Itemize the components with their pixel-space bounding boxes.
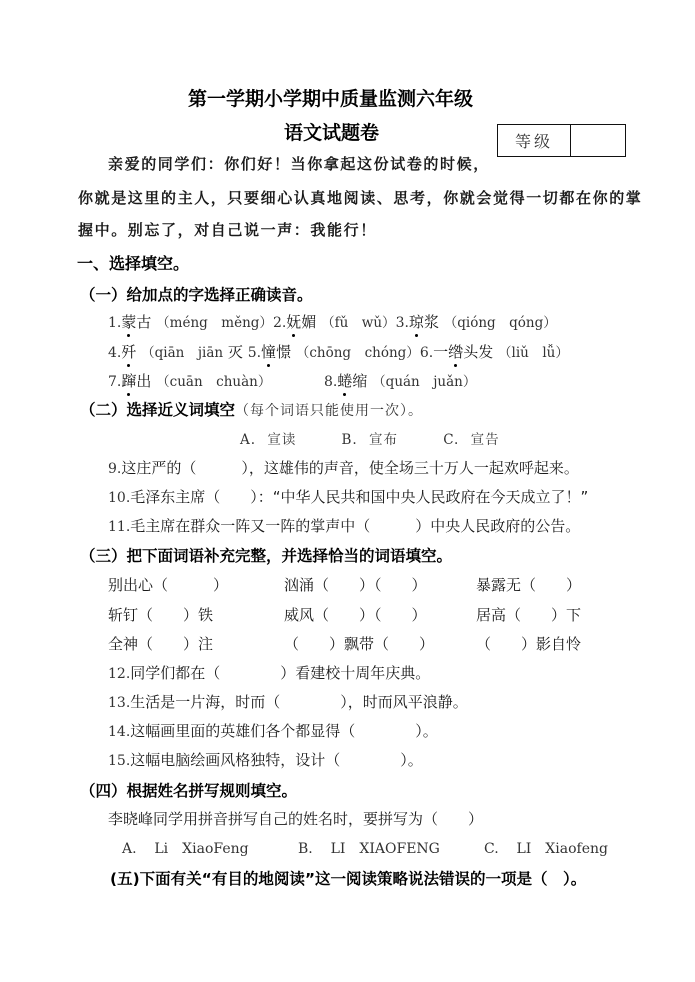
option-label: C. [484, 841, 499, 857]
item-number: 14. [108, 724, 130, 740]
pinyin-row-3b: 8.蜷缩 （quán juǎn） [324, 370, 476, 391]
word-rest: 浆 [424, 313, 439, 331]
question-text[interactable]: 这幅画里面的英雄们各个都显得（ ）。 [130, 722, 438, 740]
idiom-cell[interactable]: （ ）飘带（ ） [284, 633, 434, 654]
dotted-char: 憧 [261, 341, 276, 362]
question-text[interactable]: 毛泽东主席（ ）：“中华人民共和国中央人民政府在今天成立了！” [130, 488, 588, 506]
word-prefix: 一 [433, 343, 448, 361]
idiom-cell[interactable]: 居高（ ）下 [476, 604, 581, 625]
pinyin-options[interactable]: （cuān chuàn） [156, 374, 271, 390]
option-value: LI Xiaofeng [516, 841, 608, 857]
question-13: 13.生活是一片海，时而（ ），时而风平浪静。 [108, 691, 468, 712]
idiom-cell[interactable]: 威风（ ）（ ） [284, 604, 427, 625]
option-c: C. 宣告 [443, 432, 499, 448]
pinyin-options[interactable]: （qióng qóng） [444, 315, 557, 331]
exam-title: 第一学期小学期中质量监测六年级 [188, 84, 473, 111]
word-rest: 媚 [301, 313, 316, 331]
question-text[interactable]: 同学们都在（ ）看建校十周年庆典。 [130, 664, 430, 682]
word-rest: 憬 [276, 343, 291, 361]
name-spelling-question[interactable]: 李晓峰同学用拼音拼写自己的姓名时，要拼写为（ ） [108, 808, 483, 829]
question-11: 11.毛主席在群众一阵又一阵的掌声中（ ）中央人民政府的公告。 [108, 515, 580, 536]
section-5-heading: (五)下面有关“有目的地阅读”这一阅读策略说法错误的一项是（ ）。 [110, 867, 586, 889]
question-14: 14.这幅画里面的英雄们各个都显得（ ）。 [108, 720, 438, 741]
idiom-cell[interactable]: 暴露无（ ） [476, 574, 581, 595]
item-number: 8. [324, 374, 337, 390]
dotted-char: 歼 [121, 341, 136, 362]
pinyin-row-1: 1.蒙古 （méng měng）2.妩媚 （fǔ wǔ）3.琼浆 （qióng … [108, 311, 557, 332]
option-b: B. 宣布 [342, 432, 399, 448]
item-number: 6. [420, 345, 433, 361]
question-12: 12.同学们都在（ ）看建校十周年庆典。 [108, 662, 430, 683]
item-number: 11. [108, 519, 130, 535]
item-number: 5. [248, 345, 261, 361]
section-4-heading: （四）根据姓名拼写规则填空。 [80, 779, 297, 801]
option-a: A. 宣读 [240, 432, 296, 448]
intro-line-2: 你就是这里的主人，只要细心认真地阅读、思考，你就会觉得一切都在你的掌 [78, 187, 642, 208]
pinyin-row-2: 4.歼 （qiān jiān 灭 5.憧憬 （chōng chóng）6.一绺头… [108, 341, 569, 362]
question-10: 10.毛泽东主席（ ）：“中华人民共和国中央人民政府在今天成立了！” [108, 486, 588, 507]
idiom-cell[interactable]: 全神（ ）注 [108, 633, 213, 654]
pinyin-options[interactable]: （chōng chóng） [296, 345, 420, 361]
part-one-heading: 一、选择填空。 [77, 251, 189, 274]
word-rest: 灭 [228, 343, 243, 361]
intro-line-3: 握中。别忘了，对自己说一声：我能行！ [78, 219, 377, 240]
name-option-a[interactable]: A. Li XiaoFeng [122, 838, 249, 858]
exam-subtitle: 语文试题卷 [284, 118, 379, 145]
pinyin-options[interactable]: （quán juǎn） [372, 374, 476, 390]
item-number: 7. [108, 374, 121, 390]
question-9: 9.这庄严的（ ），这雄伟的声音，使全场三十万人一起欢呼起来。 [108, 457, 579, 478]
idiom-cell[interactable]: 别出心（ ） [108, 574, 228, 595]
synonym-options: A. 宣读 B. 宣布 C. 宣告 [240, 428, 500, 448]
word-rest: 出 [136, 372, 151, 390]
question-15: 15.这幅电脑绘画风格独特，设计（ ）。 [108, 749, 423, 770]
option-label: A. [122, 841, 137, 857]
grade-value-field[interactable] [571, 125, 625, 156]
grade-label: 等级 [498, 125, 571, 156]
name-option-c[interactable]: C. LI Xiaofeng [484, 838, 608, 858]
item-number: 10. [108, 490, 130, 506]
pinyin-options[interactable]: （méng měng） [156, 315, 273, 331]
intro-line-1: 亲爱的同学们：你们好！当你拿起这份试卷的时候， [108, 153, 490, 174]
question-text[interactable]: 这幅电脑绘画风格独特，设计（ ）。 [130, 751, 423, 769]
item-number: 12. [108, 666, 130, 682]
question-text[interactable]: 毛主席在群众一阵又一阵的掌声中（ ）中央人民政府的公告。 [130, 517, 580, 535]
option-value: Li XiaoFeng [154, 841, 248, 857]
dotted-char: 蹿 [121, 370, 136, 391]
section-2-title: （二）选择近义词填空 [80, 401, 235, 419]
question-text[interactable]: 生活是一片海，时而（ ），时而风平浪静。 [130, 693, 468, 711]
pinyin-row-3: 7.蹿出 （cuān chuàn） [108, 370, 271, 391]
idiom-cell[interactable]: 斩钉（ ）铁 [108, 604, 213, 625]
name-option-b[interactable]: B. LI XIAOFENG [298, 838, 440, 858]
idiom-cell[interactable]: 汹涌（ ）（ ） [284, 574, 427, 595]
pinyin-options[interactable]: （fǔ wǔ） [321, 315, 395, 331]
section-2-heading: （二）选择近义词填空（每个词语只能使用一次）。 [80, 398, 423, 420]
section-3-heading: （三）把下面词语补充完整，并选择恰当的词语填空。 [80, 544, 452, 566]
pinyin-options[interactable]: （liǔ lǚ） [498, 345, 569, 361]
word-rest: 古 [136, 313, 151, 331]
dotted-char: 琼 [409, 311, 424, 332]
section-1-heading: （一）给加点的字选择正确读音。 [80, 283, 313, 305]
pinyin-options[interactable]: （qiān jiān [141, 345, 223, 361]
item-number: 3. [396, 315, 409, 331]
item-number: 13. [108, 695, 130, 711]
question-text[interactable]: 这庄严的（ ），这雄伟的声音，使全场三十万人一起欢呼起来。 [121, 459, 579, 477]
word-rest: 头发 [463, 343, 493, 361]
dotted-char: 蜷 [337, 370, 352, 391]
option-value: LI XIAOFENG [331, 841, 440, 857]
item-number: 9. [108, 461, 121, 477]
dotted-char: 妩 [286, 311, 301, 332]
dotted-char: 蒙 [121, 311, 136, 332]
item-number: 2. [273, 315, 286, 331]
idiom-cell[interactable]: （ ）影自怜 [476, 633, 581, 654]
grade-box: 等级 [497, 124, 626, 157]
word-rest: 缩 [352, 372, 367, 390]
item-number: 15. [108, 753, 130, 769]
item-number: 1. [108, 315, 121, 331]
dotted-char: 绺 [448, 341, 463, 362]
option-label: B. [298, 841, 313, 857]
section-2-note: （每个词语只能使用一次）。 [235, 403, 423, 419]
item-number: 4. [108, 345, 121, 361]
